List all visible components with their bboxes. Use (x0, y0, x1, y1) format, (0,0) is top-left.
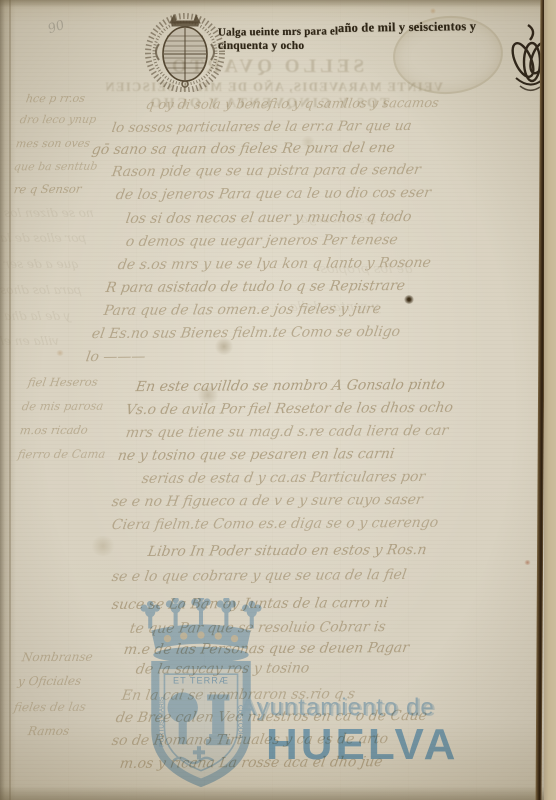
gutter-crease (9, 0, 11, 800)
bleedthrough-scribble: de los propios (319, 262, 413, 277)
manuscript-line: de Bree calen Vec nuestros en ca o de Ca… (115, 708, 428, 726)
manuscript-scan-page: SELLO QVARTO VEINTE MARAVEDIS, AÑO DE MI… (0, 0, 556, 800)
bleedthrough-scribble: no se dizen los (3, 206, 94, 220)
manuscript-line: Vs.o de avila Por fiel Resetor de los dh… (125, 400, 455, 418)
margin-note: que ba senttub (13, 160, 98, 174)
manuscript-line: R para asistado de tudo lo q se Repistra… (105, 278, 407, 296)
margin-note: m.os ricado (19, 423, 89, 437)
manuscript-line: serias de esta d y ca.as Particulares po… (141, 469, 427, 487)
manuscript-line: lo sossos particulares de la err.a Par q… (111, 118, 413, 136)
manuscript-line: de la saycay ros y tosino (135, 660, 311, 677)
manuscript-line: gō sano sa quan dos fieles Re pura del e… (91, 140, 396, 158)
bleedthrough-scribble: se les encarga (299, 212, 395, 227)
manuscript-line: o demos que uegar jeneros Per tenese (125, 232, 399, 250)
manuscript-line: se e no H figueco a de v e y sure cuyo s… (111, 492, 424, 510)
manuscript-line: suce se La Ban oy Juntas de la carro ni (111, 595, 390, 613)
manuscript-line: mrs que tiene su mag.d s.re cada liera d… (125, 423, 450, 441)
stamp-text-year: año de mil y seiscientos y (338, 19, 476, 36)
margin-note: de mis parosa (21, 399, 105, 414)
margin-note: hce p rr.os (25, 92, 86, 105)
manuscript-line: En la cal se nombraron ss.rio q s (121, 686, 356, 704)
manuscript-line: de los jeneros Para que ca le uo dio cos… (115, 185, 432, 203)
manuscript-line: Libro In Poder situado en estos y Ros.n (147, 542, 428, 560)
manuscript-line: so de Romano Tirtuales y ca es de arto (111, 731, 390, 749)
margin-note: y Oficiales (17, 674, 82, 688)
margin-note: mes son oves (15, 137, 91, 151)
margin-note: fiel Heseros (27, 375, 99, 389)
stamp-text-year-cont: cinquenta y ocho (218, 40, 304, 52)
page-bottom-edge (0, 786, 556, 800)
margin-note: Ramos (27, 724, 70, 738)
stamp-text-value: Ualga ueinte mrs para el (218, 25, 338, 38)
manuscript-line: te que Par que se resoluio Cobrar is (129, 619, 387, 637)
manuscript-line: q oy di sola y benefi.o y q samllos y sa… (145, 96, 440, 113)
margin-note: dro leco ynup (19, 113, 97, 127)
manuscript-line: ne y tosino que se pesaren en las carni (117, 446, 396, 464)
manuscript-line: se e lo que cobrare y que se uca de la f… (111, 567, 408, 585)
manuscript-line: En este cavilldo se nombro A Gonsalo pin… (135, 377, 446, 395)
underlying-page-edge (544, 0, 556, 800)
page-top-edge (0, 0, 556, 8)
manuscript-line: m.os y ricana La rosse aca el dho jue (119, 754, 384, 772)
manuscript-line: Rason pide que se ua pistra para de send… (111, 162, 422, 180)
binding-gutter-shadow (0, 0, 16, 800)
margin-note: Nombranse (21, 650, 94, 664)
margin-note: fierro de Cama (17, 447, 107, 462)
bleedthrough-scribble: y rentas della (289, 300, 380, 315)
margin-note: fieles de las (13, 700, 87, 715)
manuscript-line: el Es.no sus Bienes fielm.te Como se obl… (91, 324, 402, 342)
royal-arms-seal-icon (141, 8, 229, 92)
margin-note: re q Sensor (13, 182, 83, 196)
manuscript-line: Ciera fielm.te Como es.e diga se o y cue… (111, 515, 440, 533)
manuscript-line: lo ——— (85, 349, 147, 365)
manuscript-line: m.e de las Personas que se deuen Pagar (123, 640, 411, 658)
